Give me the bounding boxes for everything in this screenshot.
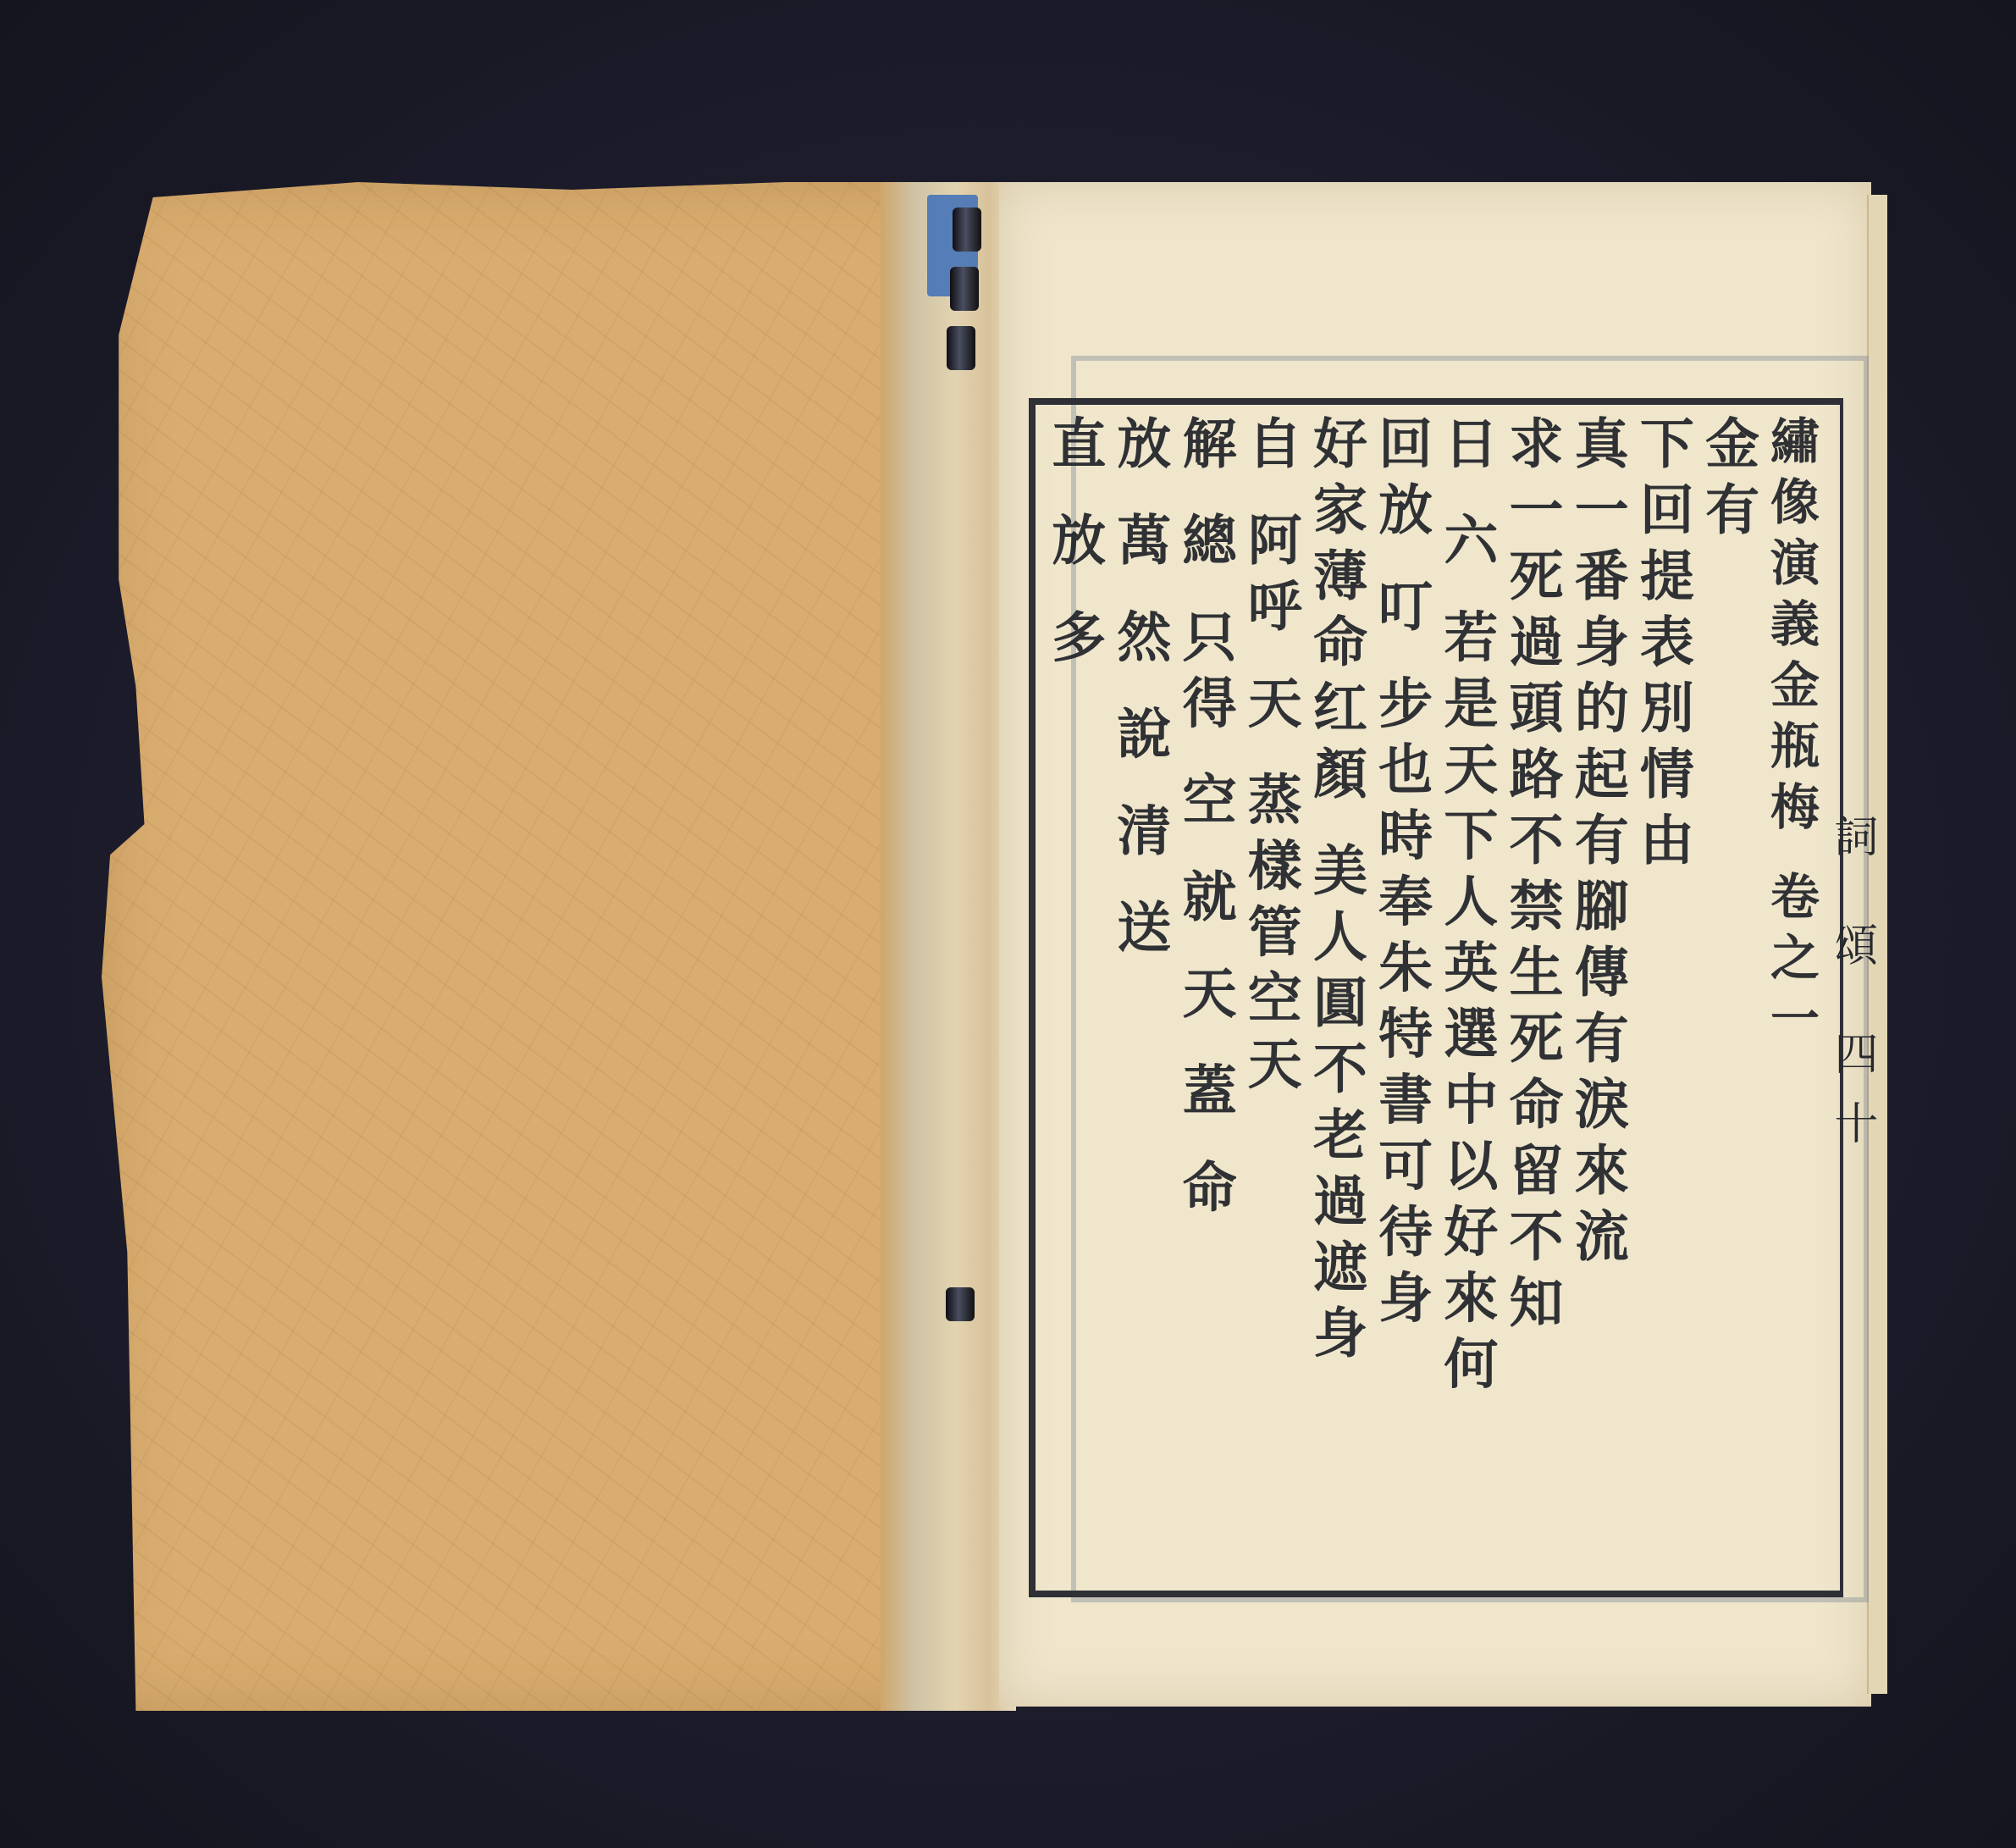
binding-clip-icon <box>946 1287 975 1321</box>
text-column: 自 阿呼 天 蒸樣管空天 <box>1242 415 1299 1575</box>
text-column: 直 放 多 <box>1046 415 1102 1575</box>
text-column: 求一死過頭路不禁生死命留不知 <box>1503 415 1560 1575</box>
text-column: 金有 <box>1699 415 1756 1575</box>
text-column: 下回提表別情由 <box>1634 415 1691 1575</box>
binding-clip-icon <box>953 207 981 252</box>
text-column: 回放 叮 步也時奉朱特書可待身 <box>1373 415 1429 1575</box>
binding-clip-icon <box>950 267 979 311</box>
text-column: 真一番身的起有腳傳有淚來流 <box>1569 415 1626 1575</box>
page-marker: 詞 頌 四十 <box>1820 813 1884 1170</box>
text-column: 解 總 只得 空 就 天 蓋 命 <box>1176 415 1233 1575</box>
text-column: 放 萬 然 說 清 送 <box>1111 415 1168 1575</box>
text-column: 好家薄命红顏 美人圓不老過遮身 <box>1307 415 1364 1575</box>
header-column: 繡像演義金瓶梅 卷之一 <box>1765 415 1816 1575</box>
book-cover <box>102 182 957 1711</box>
text-column: 日 六 若是天下人英選中以好來何 <box>1438 415 1494 1575</box>
book-spine <box>881 182 1016 1711</box>
binding-clip-icon <box>947 326 975 370</box>
text-columns: 繡像演義金瓶梅 卷之一 金有 下回提表別情由 真一番身的起有腳傳有淚來流 求一死… <box>1037 415 1825 1575</box>
